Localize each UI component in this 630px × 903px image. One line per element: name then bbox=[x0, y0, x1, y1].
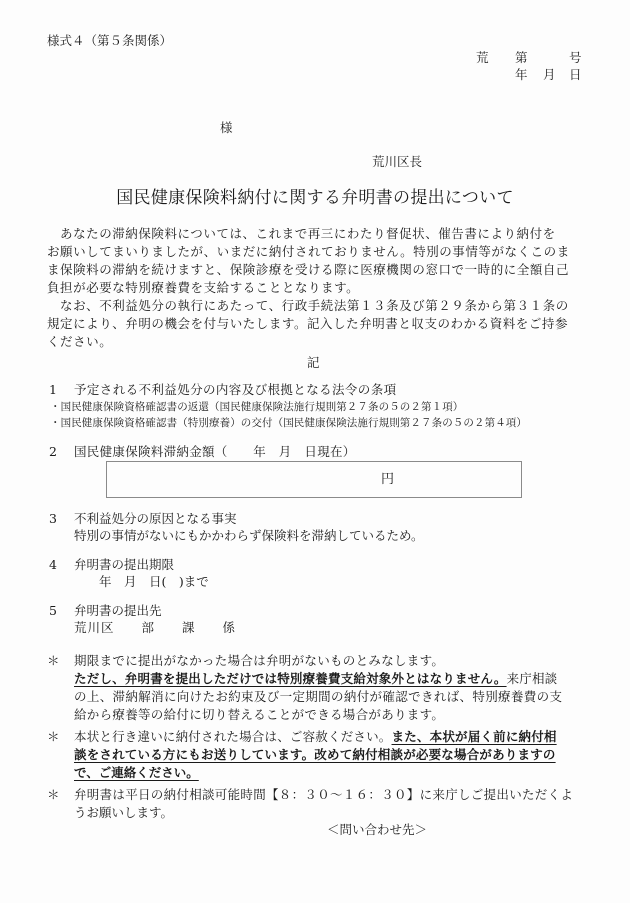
note-1-mark: ＊ bbox=[47, 652, 60, 670]
section-5-destination: 荒川区 部 課 係 bbox=[74, 619, 236, 637]
note-1-line: 期限までに提出がなかった場合は弁明がないものとみなします。 bbox=[74, 652, 444, 670]
doc-number-go: 号 bbox=[569, 49, 582, 67]
note-2-line1: 本状と行き違いに納付された場合は、ご容赦ください。また、本状が届く前に納付相 bbox=[74, 728, 557, 746]
note-2-emphasis: 談をされている方にもお送りしています。改めて納付相談が必要な場合がありますの bbox=[74, 747, 556, 762]
section-2-heading: 国民健康保険料滞納金額（ 年 月 日現在） bbox=[74, 443, 356, 461]
contact-heading: ＜問い合わせ先＞ bbox=[327, 821, 427, 839]
date-day: 日 bbox=[569, 66, 582, 84]
note-2-mark: ＊ bbox=[47, 728, 60, 746]
section-3-body: 特別の事情がないにもかかわらず保険料を滞納しているため。 bbox=[74, 527, 424, 545]
section-5-heading: 弁明書の提出先 bbox=[74, 602, 162, 620]
intro-p1-line: ま保険料の滞納を続けますと、保険診療を受ける際に医療機関の窓口で一時的に全額自己 bbox=[47, 261, 569, 279]
recipient-suffix: 様 bbox=[220, 119, 233, 137]
date-month: 月 bbox=[543, 66, 556, 84]
note-2-emphasis: で、ご連絡ください。 bbox=[74, 765, 199, 780]
intro-p1-line: お願いしてまいりましたが、いまだに納付されておりません。特別の事情等がなくこのま bbox=[47, 243, 570, 261]
section-4-deadline: 年 月 日( )まで bbox=[74, 573, 209, 591]
note-1-line2-rest: 来庁相談 bbox=[507, 671, 558, 686]
section-1-number: 1 bbox=[49, 381, 57, 399]
document-page: 様式４（第５条関係） 荒 第 号 年 月 日 様 荒川区長 国民健康保険料納付に… bbox=[0, 0, 630, 903]
section-3-number: 3 bbox=[49, 510, 57, 528]
intro-p2-line: なお、不利益処分の執行にあたって、行政手続法第１３条及び第２９条から第３１条の bbox=[47, 297, 569, 315]
date-year: 年 bbox=[515, 66, 528, 84]
section-5-number: 5 bbox=[49, 602, 57, 620]
note-3-line: うお願いします。 bbox=[74, 804, 173, 822]
intro-p1-line: あなたの滞納保険料については、これまで再三にわたり督促状、催告書により納付を bbox=[47, 225, 556, 243]
note-1-line: の上、滞納解消に向けたお約束及び一定期間の納付が確認できれば、特別療養費の支 bbox=[74, 688, 562, 706]
note-2-emphasis: また、本状が届く前に納付相 bbox=[392, 729, 557, 744]
note-1-line2: ただし、弁明書を提出しただけでは特別療養費支給対象外とはなりません。来庁相談 bbox=[74, 670, 557, 688]
note-2-plain: 本状と行き違いに納付された場合は、ご容赦ください。 bbox=[74, 729, 392, 744]
note-3-mark: ＊ bbox=[47, 786, 60, 804]
amount-box: 円 bbox=[106, 461, 522, 498]
page-title: 国民健康保険料納付に関する弁明書の提出について bbox=[110, 186, 520, 210]
note-3-line: 弁明書は平日の納付相談可能時間【８：３０～１６：３０】に来庁しご提出いただくよ bbox=[74, 786, 573, 804]
intro-p1-line: 負担が必要な特別療養費を支給することとなります。 bbox=[47, 279, 359, 297]
section-4-heading: 弁明書の提出期限 bbox=[74, 556, 174, 574]
amount-unit: 円 bbox=[381, 471, 394, 489]
intro-p2-line: ください。 bbox=[47, 333, 112, 351]
section-2-number: 2 bbox=[49, 443, 57, 461]
section-1-bullet: ・国民健康保険資格確認書（特別療養）の交付（国民健康保険法施行規則第２７条の５の… bbox=[50, 414, 527, 432]
note-2-line3: で、ご連絡ください。 bbox=[74, 764, 199, 782]
doc-number-prefix: 荒 bbox=[476, 49, 489, 67]
note-2-line2: 談をされている方にもお送りしています。改めて納付相談が必要な場合がありますの bbox=[74, 746, 556, 764]
sender-name: 荒川区長 bbox=[372, 153, 422, 171]
ki-marker: 記 bbox=[307, 354, 320, 372]
note-1-line: 給から療養等の給付に切り替えることができる場合があります。 bbox=[74, 706, 444, 724]
intro-p2-line: 規定により、弁明の機会を付与いたします。記入した弁明書と収支のわかる資料をご持参 bbox=[47, 315, 568, 333]
section-1-heading: 予定される不利益処分の内容及び根拠となる法令の条項 bbox=[74, 381, 397, 399]
form-label: 様式４（第５条関係） bbox=[47, 32, 172, 50]
note-1-emphasis: ただし、弁明書を提出しただけでは特別療養費支給対象外とはなりません。 bbox=[74, 671, 507, 686]
section-4-number: 4 bbox=[49, 556, 57, 574]
doc-number-dai: 第 bbox=[515, 49, 528, 67]
section-3-heading: 不利益処分の原因となる事実 bbox=[74, 510, 237, 528]
